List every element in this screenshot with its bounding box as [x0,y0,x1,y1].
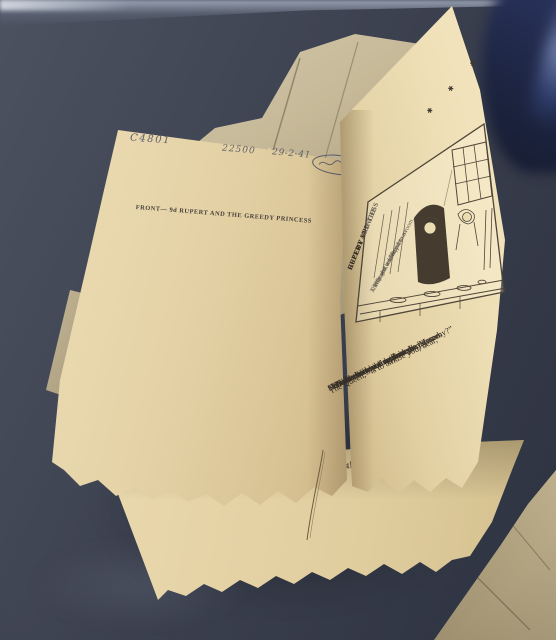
photo-of-open-booklet: Making wide, But to Rupert ’twas a painf… [0,0,556,640]
out-of-focus-highlight [526,2,556,126]
binding-thread [290,440,350,550]
story-illustration [340,110,510,340]
illustration-queen-figure [414,205,450,285]
table-edge-bright-sliver [0,0,130,10]
